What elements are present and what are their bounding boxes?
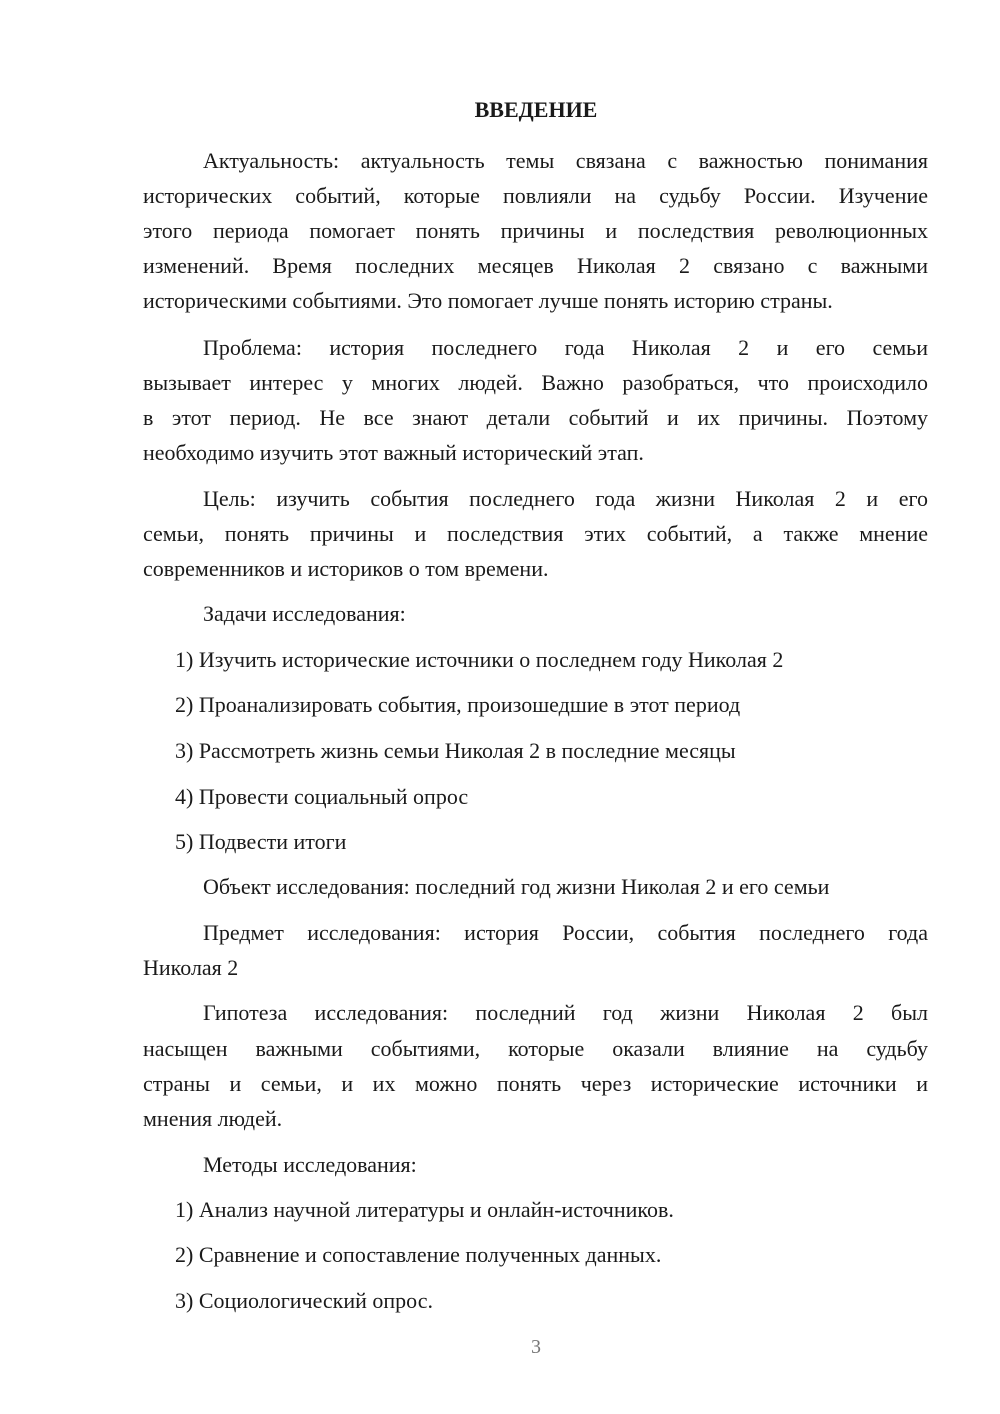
task-item: 1) Изучить исторические источники о посл… (175, 647, 960, 673)
task-item: 5) Подвести итоги (175, 829, 960, 855)
problem-line: вызывает интерес у многих людей. Важно р… (143, 370, 928, 396)
relevance-line: этого периода помогает понять причины и … (143, 218, 928, 244)
method-item: 3) Социологический опрос. (175, 1288, 960, 1314)
hypothesis-line: мнения людей. (143, 1106, 928, 1132)
method-item: 1) Анализ научной литературы и онлайн-ис… (175, 1197, 960, 1223)
task-item: 2) Проанализировать события, произошедши… (175, 692, 960, 718)
problem-line: в этот период. Не все знают детали событ… (143, 405, 928, 431)
task-item: 4) Провести социальный опрос (175, 784, 960, 810)
hypothesis-line: страны и семьи, и их можно понять через … (143, 1071, 928, 1097)
problem-line: необходимо изучить этот важный историчес… (143, 440, 928, 466)
relevance-line: историческими событиями. Это помогает лу… (143, 288, 928, 314)
relevance-line: Актуальность: актуальность темы связана … (203, 148, 928, 174)
document-page: ВВЕДЕНИЕ Актуальность: актуальность темы… (0, 0, 1000, 1414)
relevance-line: изменений. Время последних месяцев Никол… (143, 253, 928, 279)
goal-line: семьи, понять причины и последствия этих… (143, 521, 928, 547)
method-item: 2) Сравнение и сопоставление полученных … (175, 1242, 960, 1268)
methods-heading: Методы исследования: (203, 1152, 928, 1178)
subject-line: Николая 2 (143, 955, 928, 981)
research-object: Объект исследования: последний год жизни… (203, 874, 928, 900)
subject-line: Предмет исследования: история России, со… (203, 920, 928, 946)
problem-line: Проблема: история последнего года Никола… (203, 335, 928, 361)
goal-line: Цель: изучить события последнего года жи… (203, 486, 928, 512)
task-item: 3) Рассмотреть жизнь семьи Николая 2 в п… (175, 738, 960, 764)
goal-line: современников и историков о том времени. (143, 556, 928, 582)
page-number: 3 (0, 1336, 1000, 1359)
tasks-heading: Задачи исследования: (203, 601, 928, 627)
relevance-line: исторических событий, которые повлияли н… (143, 183, 928, 209)
page-title: ВВЕДЕНИЕ (0, 97, 1000, 123)
hypothesis-line: Гипотеза исследования: последний год жиз… (203, 1000, 928, 1026)
hypothesis-line: насыщен важными событиями, которые оказа… (143, 1036, 928, 1062)
